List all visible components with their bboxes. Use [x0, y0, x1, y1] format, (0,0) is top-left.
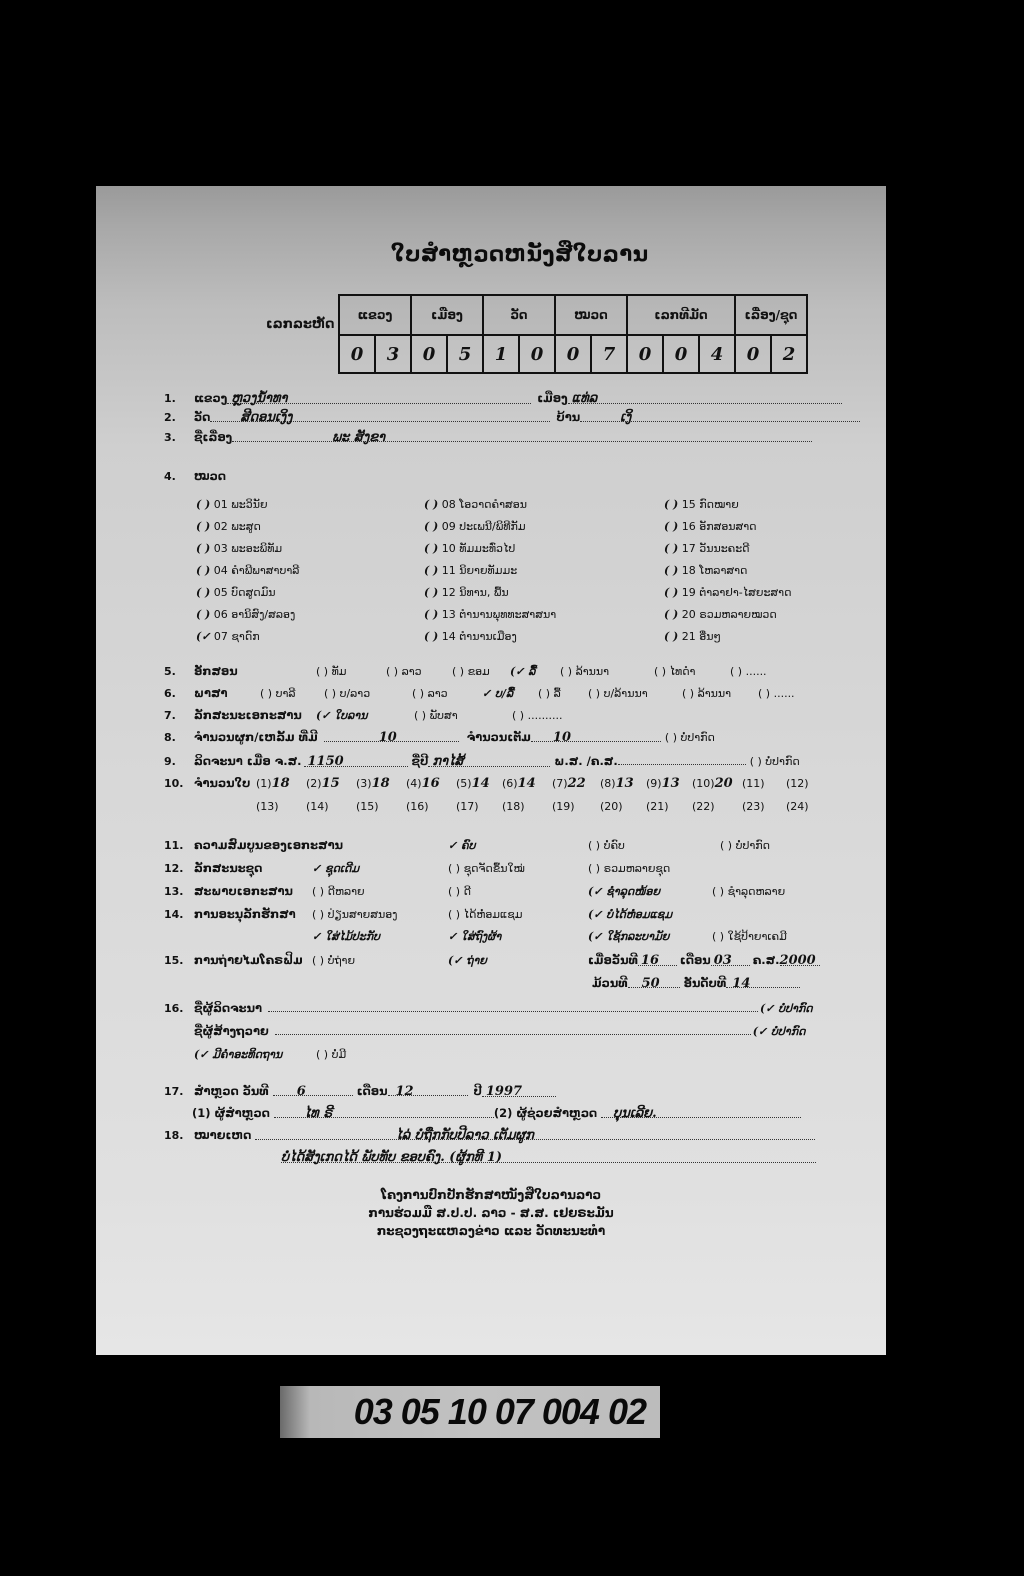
code-header-temple: ວັດ	[483, 295, 555, 335]
microfilm-year-label: ຄ.ສ.	[753, 953, 780, 967]
year-name-label: ຊື່ປີ	[412, 754, 429, 768]
leaf-count-cell[interactable]: (13)	[256, 800, 306, 813]
script-option[interactable]: ( ) ໄທດຳ	[654, 665, 730, 678]
conservation-option[interactable]: ( ) ໄດ້ຫໍ່ອມແຊມ	[448, 908, 588, 921]
script-label: ອັກສອນ	[194, 664, 316, 678]
document-type-label: ລັກສະນະເອກະສານ	[194, 708, 316, 722]
assistant-value[interactable]: ບຸນເລີຍ.	[601, 1106, 801, 1118]
title-label: ຊື່ເລື່ອງ	[194, 430, 232, 444]
field-remarks: 18. ໝາຍເຫດ ໄລ່ ບໍ່ຖືກກັບປີລາວ ເຕັມຜູກ	[164, 1128, 815, 1142]
leaf-count-cell[interactable]: (23)	[742, 800, 786, 813]
scribe-value[interactable]	[268, 999, 758, 1012]
scribe-unknown-checked[interactable]: (✓ ບໍ່ປາກົດ	[760, 1002, 813, 1015]
conservation-option[interactable]: ( ) ໃຊ້ປ້າຍາເຄມີ	[712, 930, 787, 943]
be-ce-label: ພ.ສ. /ຄ.ສ.	[554, 754, 617, 768]
leaf-count-cell[interactable]: (1)18	[256, 776, 306, 791]
field-temple-village: 2. ວັດ ສີດອນເງິງ ບ້ານ ເງິ	[164, 410, 860, 424]
bundle-count-label: ຈຳນວນຜູກ/ເຫລັ້ມ ທີ່ມີ	[194, 730, 318, 744]
category-option[interactable]: ( ) 19 ຕຳລາຢາ-ໄສຍະສາດ	[664, 582, 791, 604]
leaf-count-cell[interactable]: (18)	[502, 800, 552, 813]
category-option[interactable]: ( ) 09 ປະເພນີ/ພິທີກັມ	[424, 516, 556, 538]
category-option[interactable]: ( ) 03 ພະອະພິທັມ	[196, 538, 299, 560]
field-document-type: 7. ລັກສະນະເອກະສານ (✓ ໃບລານ ( ) ພັບສາ ( )…	[164, 708, 563, 722]
set-type-label: ລັກສະນະຊຸດ	[194, 861, 312, 875]
category-option[interactable]: ( ) 11 ນິຍາຍທັມມະ	[424, 560, 556, 582]
leaf-count-label: ຈຳນວນໃບ	[194, 776, 256, 790]
survey-month-label: ເດືອນ	[357, 1084, 388, 1098]
condition-option-checked[interactable]: (✓ ຊຳລຸດໜ້ອຍ	[588, 885, 712, 898]
language-option[interactable]: ( ) ລ້ານນາ	[682, 687, 758, 700]
leaf-count-cell[interactable]: (7)22	[552, 776, 600, 791]
conservation-option[interactable]: ( ) ປ່ຽນສາຍສນອງ	[312, 908, 448, 921]
conservation-option-checked[interactable]: ✓ ໃສ່ຖົງຜ້າ	[448, 930, 588, 943]
inscription-unknown-option[interactable]: ( ) ບໍ່ປາກົດ	[750, 755, 800, 768]
frame-value[interactable]: 14	[726, 976, 800, 988]
field-surveyors: (1) ຜູ້ສຳຫຼວດ ໄທ ຣີ (2) ຜູ້ຊ່ວຍສຳຫຼວດ ບຸ…	[192, 1106, 801, 1120]
field-conservation: 14. ການອະນຸລັກຮັກສາ ( ) ປ່ຽນສາຍສນອງ ( ) …	[164, 907, 672, 921]
category-option[interactable]: ( ) 05 ບົດສູດມົນ	[196, 582, 299, 604]
surveyor-label: (1) ຜູ້ສຳຫຼວດ	[192, 1106, 270, 1120]
province-label: ແຂວງ	[194, 391, 227, 405]
be-ce-value[interactable]	[618, 752, 746, 765]
code-table: ແຂວງ ເມືອງ ວັດ ໝວດ ເລກທີມັດ ເລື່ອງ/ຊຸດ 0…	[338, 294, 808, 374]
leaf-count-cell[interactable]: (17)	[456, 800, 502, 813]
script-option[interactable]: ( ) ລາວ	[386, 665, 452, 678]
category-option[interactable]: ( ) 15 ກົດໝາຍ	[664, 494, 791, 516]
condition-option[interactable]: ( ) ຊຳລຸດຫລາຍ	[712, 885, 785, 898]
code-header-category: ໝວດ	[555, 295, 627, 335]
leaf-count-cell[interactable]: (14)	[306, 800, 356, 813]
language-option[interactable]: ( ) ບາລີ	[260, 687, 324, 700]
code-digit: 1	[483, 335, 519, 373]
language-label: ພາສາ	[194, 686, 260, 700]
bundle-unknown-option[interactable]: ( ) ບໍ່ປາກົດ	[665, 731, 715, 744]
code-digit: 0	[663, 335, 699, 373]
script-option[interactable]: ( ) ທັມ	[316, 665, 386, 678]
field-scribe: 16. ຊື່ຜູ້ລິດຈະນາ (✓ ບໍ່ປາກົດ	[164, 999, 813, 1015]
category-option[interactable]: ( ) 08 ໂອວາດຄຳສອນ	[424, 494, 556, 516]
language-option[interactable]: ( ) ລາວ	[412, 687, 482, 700]
condition-option[interactable]: ( ) ດີ	[448, 885, 588, 898]
code-header-title-set: ເລື່ອງ/ຊຸດ	[735, 295, 807, 335]
microfilm-month-label: ເດືອນ	[680, 953, 711, 967]
category-option-checked[interactable]: (✓ 07 ຊາດົກ	[196, 626, 299, 648]
field-conservation-row2: ✓ ໃສ່ໄມ້ປະກັບ ✓ ໃສ່ຖົງຜ້າ (✓ ໃຊ້ກລະບາມັຍ…	[312, 930, 787, 943]
script-option[interactable]: ( ) ຂອມ	[452, 665, 510, 678]
microfilm-year[interactable]: 2000	[780, 953, 820, 966]
category-option[interactable]: ( ) 18 ໂຫລາສາດ	[664, 560, 791, 582]
leaf-count-cell[interactable]: (16)	[406, 800, 456, 813]
leaf-count-cell[interactable]: (6)14	[502, 776, 552, 791]
completeness-option[interactable]: ( ) ບໍ່ຄົບ	[588, 839, 720, 852]
inscription-label: ລິດຈະນາ ເມື່ອ ຈ.ສ.	[194, 754, 302, 768]
donor-label: ຊື່ຜູ້ສ້າງຖວາຍ	[194, 1024, 269, 1038]
category-option[interactable]: ( ) 04 ຄຳພີພາສາບາລີ	[196, 560, 299, 582]
language-option-other[interactable]: ( ) ......	[758, 687, 795, 700]
leaf-count-cell[interactable]: (8)13	[600, 776, 646, 791]
leaf-count-cell[interactable]: (22)	[692, 800, 742, 813]
microfilm-date-label: ເມື່ອວັນທີ	[588, 953, 638, 967]
remarks-line-1[interactable]: ໄລ່ ບໍ່ຖືກກັບປີລາວ ເຕັມຜູກ	[255, 1128, 815, 1140]
category-options: ( ) 01 ພະວິນັຍ ( ) 02 ພະສູດ ( ) 03 ພະອະພ…	[196, 494, 836, 644]
leaf-count-cell[interactable]: (24)	[786, 800, 809, 813]
language-option-checked[interactable]: ✓ ບ/ລື້	[482, 687, 538, 700]
condition-label: ສະພາບເອກະສານ	[194, 884, 312, 898]
script-option[interactable]: ( ) ລ້ານນາ	[560, 665, 654, 678]
category-option[interactable]: ( ) 21 ອື່ນໆ	[664, 626, 791, 648]
category-label: ໝວດ	[194, 469, 226, 483]
field-title: 3. ຊື່ເລື່ອງ ພະ ສັງຂາ	[164, 430, 812, 444]
roll-value[interactable]: 50	[628, 976, 680, 988]
microfilm-label: ການຖ່າຍໄມໂຄຣຟິມ	[194, 953, 312, 967]
village-label: ບ້ານ	[556, 410, 580, 424]
code-label: ເລກລະຫັດ	[266, 317, 335, 332]
conservation-option-checked[interactable]: (✓ ບໍ່ໄດ້ຫໍ່ອມແຊມ	[588, 908, 672, 921]
province-value[interactable]: ຫຼວງນ້ຳທາ	[227, 391, 531, 404]
survey-day[interactable]: 6	[273, 1084, 353, 1096]
document-type-option[interactable]: ( ) ພັບສາ	[414, 709, 512, 722]
assistant-label: (2) ຜູ້ຊ່ວຍສຳຫຼວດ	[494, 1106, 597, 1120]
field-script: 5. ອັກສອນ ( ) ທັມ ( ) ລາວ ( ) ຂອມ (✓ ລື້…	[164, 664, 767, 678]
leaf-count-cell[interactable]: (9)13	[646, 776, 692, 791]
full-count-value[interactable]: 10	[531, 730, 661, 742]
field-remarks-2: ບໍ່ໄດ້ສັງເກດໄດ້ ພັບທັບ ຂອບຄົງ. (ຜູ້ກທີ 1…	[281, 1150, 816, 1163]
category-option[interactable]: ( ) 01 ພະວິນັຍ	[196, 494, 299, 516]
title-value[interactable]: ພະ ສັງຂາ	[232, 430, 812, 442]
set-type-option[interactable]: ( ) ຊຸດຈັດຂຶ້ນໃໝ່	[448, 862, 588, 875]
donor-unknown-checked[interactable]: (✓ ບໍ່ປາກົດ	[753, 1025, 806, 1038]
footer-cooperation: ການຮ່ວມມື ສ.ປ.ປ. ລາວ - ສ.ສ. ເຢຍຣະມັນ	[96, 1204, 886, 1222]
frame-label: ອັນດັບທີ	[684, 976, 727, 990]
field-colophon: (✓ ມີຄຳອະທິດຖານ ( ) ບໍ່ມີ	[194, 1048, 346, 1061]
document-type-option-other[interactable]: ( ) ..........	[512, 709, 563, 722]
village-value[interactable]: ເງິ	[580, 410, 860, 422]
form-footer: ໂຄງການປົກປັກຮັກສາໜັງສືໃບລານລາວ ການຮ່ວມມື…	[96, 1186, 886, 1240]
leaf-count-cell[interactable]: (11)	[742, 776, 786, 791]
leaf-count-row2: (13) (14) (15) (16) (17) (18) (19) (20) …	[256, 800, 809, 813]
code-digit: 0	[411, 335, 447, 373]
survey-year[interactable]: 1997	[482, 1084, 556, 1097]
leaf-count-cell[interactable]: (15)	[356, 800, 406, 813]
document-type-option-checked[interactable]: (✓ ໃບລານ	[316, 709, 414, 722]
year-name-value[interactable]: ກາໄສ້	[428, 754, 550, 767]
leaf-count-cell[interactable]: (3)18	[356, 776, 406, 791]
field-completeness: 11. ຄວາມສົມບູນຂອງເອກະສານ ✓ ຄົບ ( ) ບໍ່ຄົ…	[164, 838, 770, 852]
code-header-district: ເມືອງ	[411, 295, 483, 335]
code-digit: 0	[555, 335, 591, 373]
footer-ministry: ກະຊວງຖະແຫລງຂ່າວ ແລະ ວັດທະນະທຳ	[96, 1222, 886, 1240]
leaf-count-cell[interactable]: (2)15	[306, 776, 356, 791]
code-header-province: ແຂວງ	[339, 295, 411, 335]
language-option[interactable]: ( ) ບ/ລາວ	[324, 687, 412, 700]
set-type-option[interactable]: ( ) ຣວມຫລາຍຊຸດ	[588, 862, 670, 875]
leaf-count-cell[interactable]: (20)	[600, 800, 646, 813]
microfilm-month[interactable]: 03	[711, 953, 750, 966]
form-title: ໃບສຳຫຼວດຫນັງສືໃບລານ	[391, 242, 649, 266]
code-digit: 4	[699, 335, 735, 373]
completeness-option[interactable]: ( ) ບໍ່ປາກົດ	[720, 839, 770, 852]
field-microfilm-roll: ມ້ວນທີ 50 ອັນດັບທີ 14	[592, 976, 800, 990]
footer-project: ໂຄງການປົກປັກຮັກສາໜັງສືໃບລານລາວ	[96, 1186, 886, 1204]
category-option[interactable]: ( ) 10 ທັມມະທົ່ວໄປ	[424, 538, 556, 560]
field-survey-date: 17. ສຳຫຼວດ ວັນທີ 6 ເດືອນ 12 ປີ 1997	[164, 1084, 556, 1098]
code-digit: 0	[339, 335, 375, 373]
district-value[interactable]: ແທ່ລ	[568, 391, 842, 404]
bundle-count-value[interactable]: 10	[324, 730, 459, 742]
code-header-bundle-number: ເລກທີມັດ	[627, 295, 735, 335]
category-option[interactable]: ( ) 02 ພະສູດ	[196, 516, 299, 538]
manuscript-survey-form: ໃບສຳຫຼວດຫນັງສືໃບລານ ເລກລະຫັດ ແຂວງ ເມືອງ …	[96, 186, 886, 1355]
code-digit: 5	[447, 335, 483, 373]
leaf-count-cell[interactable]: (12)	[786, 776, 809, 791]
code-digit: 0	[627, 335, 663, 373]
colophon-option-checked[interactable]: (✓ ມີຄຳອະທິດຖານ	[194, 1048, 316, 1061]
field-condition: 13. ສະພາບເອກະສານ ( ) ດີຫລາຍ ( ) ດີ (✓ ຊຳ…	[164, 884, 785, 898]
field-set-type: 12. ລັກສະນະຊຸດ ✓ ຊຸດເດີມ ( ) ຊຸດຈັດຂຶ້ນໃ…	[164, 861, 670, 875]
category-option[interactable]: ( ) 20 ຣວມຫລາຍໝວດ	[664, 604, 791, 626]
language-option[interactable]: ( ) ບ/ລ້ານນາ	[588, 687, 682, 700]
survey-month[interactable]: 12	[388, 1084, 468, 1096]
code-digit: 7	[591, 335, 627, 373]
field-language: 6. ພາສາ ( ) ບາລີ ( ) ບ/ລາວ ( ) ລາວ ✓ ບ/ລ…	[164, 686, 795, 700]
code-digit: 2	[771, 335, 807, 373]
colophon-option[interactable]: ( ) ບໍ່ມີ	[316, 1048, 346, 1061]
leaf-count-cell[interactable]: (4)16	[406, 776, 456, 791]
microfilm-option[interactable]: ( ) ບໍ່ຖ່າຍ	[312, 954, 448, 967]
temple-label: ວັດ	[194, 410, 210, 424]
survey-year-label: ປີ	[474, 1084, 482, 1098]
manuscript-code-label: 03 05 10 07 004 02	[280, 1386, 660, 1438]
set-type-option-checked[interactable]: ✓ ຊຸດເດີມ	[312, 862, 448, 875]
conservation-label: ການອະນຸລັກຮັກສາ	[194, 907, 312, 921]
category-option[interactable]: ( ) 14 ຕຳນານເມືອງ	[424, 626, 556, 648]
field-donor: ຊື່ຜູ້ສ້າງຖວາຍ (✓ ບໍ່ປາກົດ	[194, 1022, 805, 1038]
inscription-year[interactable]: 1150	[304, 754, 408, 767]
field-microfilm: 15. ການຖ່າຍໄມໂຄຣຟິມ ( ) ບໍ່ຖ່າຍ (✓ ຖ່າຍ …	[164, 953, 820, 967]
conservation-option-checked[interactable]: (✓ ໃຊ້ກລະບາມັຍ	[588, 930, 712, 943]
language-option[interactable]: ( ) ລື້	[538, 687, 588, 700]
scribe-label: ຊື່ຜູ້ລິດຈະນາ	[194, 1001, 262, 1015]
category-option[interactable]: ( ) 17 ວັນນະຄະດີ	[664, 538, 791, 560]
field-bundle-count: 8. ຈຳນວນຜູກ/ເຫລັ້ມ ທີ່ມີ 10 ຈຳນວນເຕັມ 10…	[164, 730, 715, 744]
completeness-option-checked[interactable]: ✓ ຄົບ	[448, 839, 588, 852]
code-digit: 0	[519, 335, 555, 373]
roll-label: ມ້ວນທີ	[592, 976, 628, 990]
leaf-count-cell[interactable]: (19)	[552, 800, 600, 813]
condition-option[interactable]: ( ) ດີຫລາຍ	[312, 885, 448, 898]
remarks-label: ໝາຍເຫດ	[194, 1128, 251, 1142]
donor-value[interactable]	[275, 1022, 751, 1035]
microfilm-day[interactable]: 16	[638, 953, 677, 966]
field-province-district: 1. ແຂວງ ຫຼວງນ້ຳທາ ເມືອງ ແທ່ລ	[164, 391, 842, 405]
field-leaf-count: 10. ຈຳນວນໃບ (1)18 (2)15 (3)18 (4)16 (5)1…	[164, 776, 809, 791]
leaf-count-cell[interactable]: (5)14	[456, 776, 502, 791]
category-option[interactable]: ( ) 06 ອານິສົງ/ສລອງ	[196, 604, 299, 626]
completeness-label: ຄວາມສົມບູນຂອງເອກະສານ	[194, 838, 448, 852]
district-label: ເມືອງ	[537, 391, 567, 405]
category-option[interactable]: ( ) 13 ຕຳນານພຸທທະສາສນາ	[424, 604, 556, 626]
conservation-option-checked[interactable]: ✓ ໃສ່ໄມ້ປະກັບ	[312, 930, 448, 943]
remarks-line-2[interactable]: ບໍ່ໄດ້ສັງເກດໄດ້ ພັບທັບ ຂອບຄົງ. (ຜູ້ກທີ 1…	[281, 1150, 816, 1163]
code-digit: 3	[375, 335, 411, 373]
surveyor-value[interactable]: ໄທ ຣີ	[274, 1106, 494, 1118]
script-option-other[interactable]: ( ) ......	[730, 665, 767, 678]
microfilm-option-checked[interactable]: (✓ ຖ່າຍ	[448, 954, 588, 967]
category-option[interactable]: ( ) 12 ນິທານ, ພື້ນ	[424, 582, 556, 604]
survey-date-label: ສຳຫຼວດ ວັນທີ	[194, 1084, 269, 1098]
full-count-label: ຈຳນວນເຕັມ	[467, 730, 531, 744]
category-option[interactable]: ( ) 16 ອັກສອນສາດ	[664, 516, 791, 538]
field-inscription-date: 9. ລິດຈະນາ ເມື່ອ ຈ.ສ. 1150 ຊື່ປີ ກາໄສ້ ພ…	[164, 752, 800, 768]
leaf-count-cell[interactable]: (21)	[646, 800, 692, 813]
leaf-count-cell[interactable]: (10)20	[692, 776, 742, 791]
field-category: 4. ໝວດ	[164, 469, 226, 483]
script-option-checked[interactable]: (✓ ລື້	[510, 665, 560, 678]
temple-value[interactable]: ສີດອນເງິງ	[210, 410, 550, 422]
code-digit: 0	[735, 335, 771, 373]
